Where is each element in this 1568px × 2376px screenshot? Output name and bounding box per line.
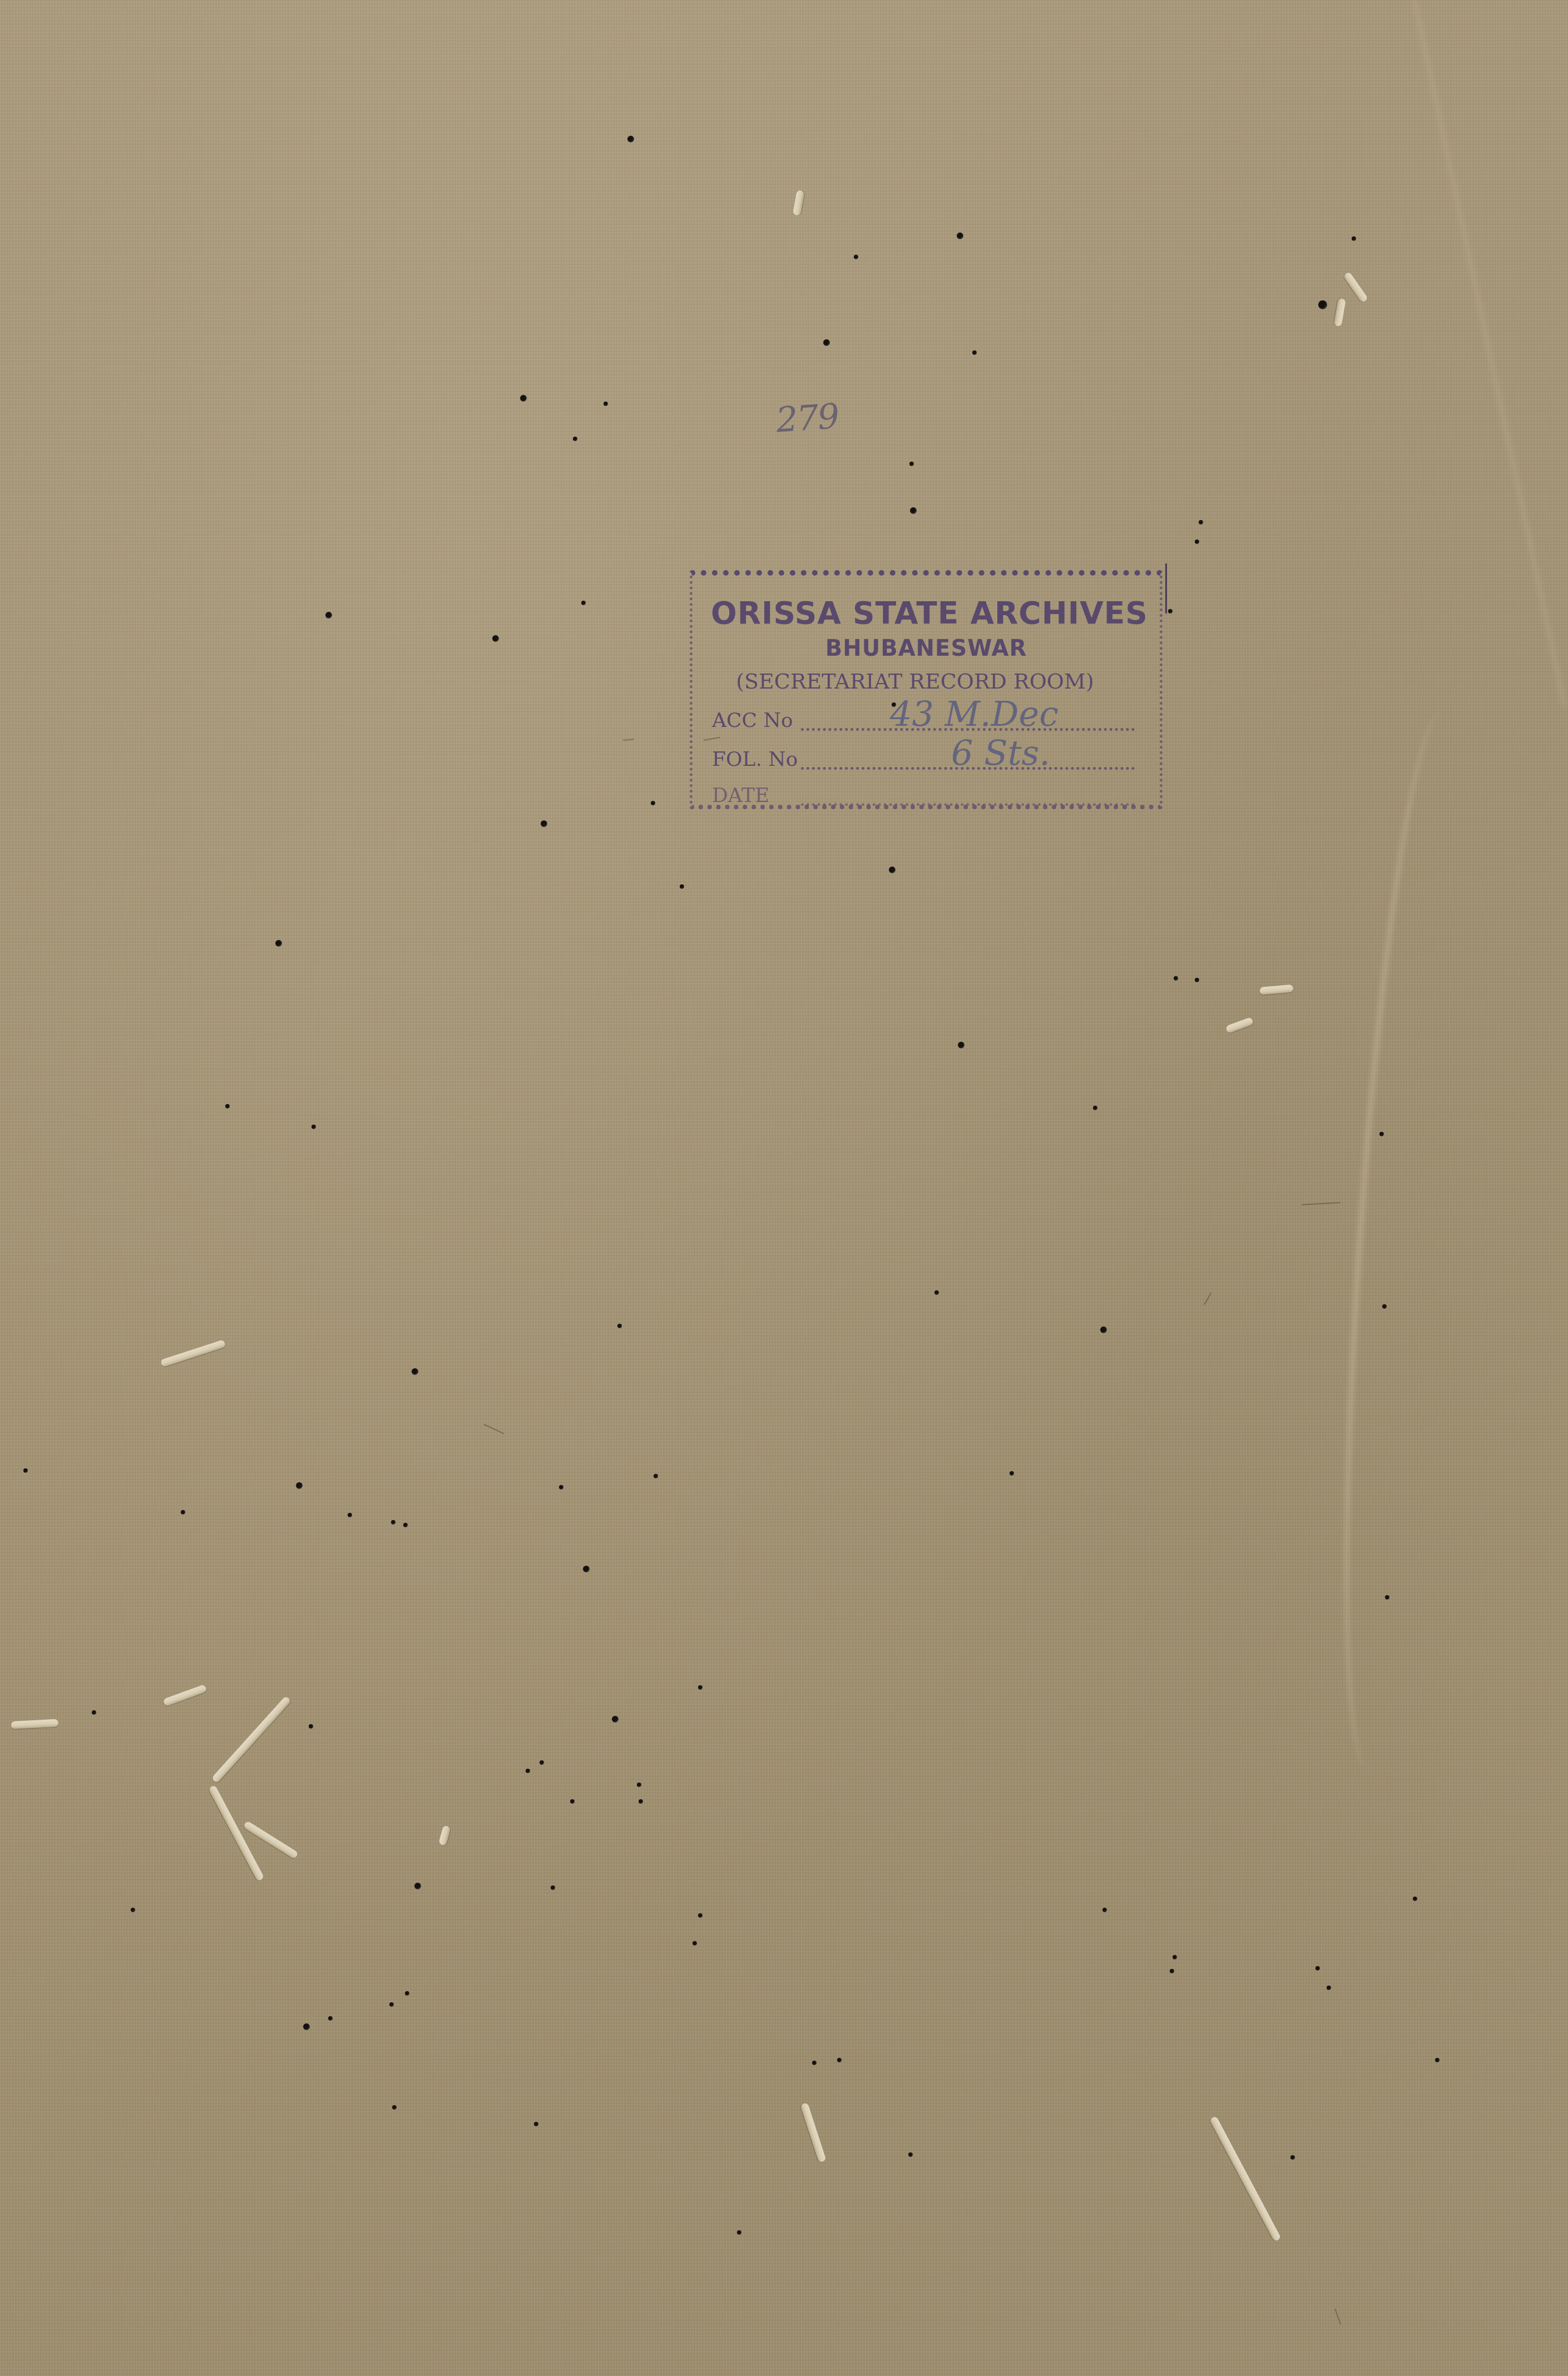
insect-hole xyxy=(698,1913,703,1918)
insect-hole xyxy=(1199,520,1203,524)
insect-hole xyxy=(698,1685,703,1690)
insect-hole xyxy=(737,2230,741,2235)
insect-hole xyxy=(651,801,655,805)
field-dotted-line xyxy=(801,803,1135,806)
insect-hole xyxy=(391,1520,395,1524)
insect-hole xyxy=(275,940,282,947)
insect-hole xyxy=(627,136,634,142)
stamp-field-acc: ACC No 43 M.Dec xyxy=(712,709,807,732)
paper-fiber xyxy=(623,739,634,741)
stamp-department: (SECRETARIAT RECORD ROOM) xyxy=(690,669,1140,694)
insect-hole xyxy=(1327,1986,1331,1990)
paper-crease xyxy=(1320,710,1488,1770)
archive-stamp: ORISSA STATE ARCHIVES BHUBANESWAR (SECRE… xyxy=(690,570,1163,809)
field-value-handwritten: 43 M.Dec xyxy=(890,694,1058,734)
insect-hole xyxy=(389,2002,394,2007)
insect-hole xyxy=(348,1513,352,1517)
insect-hole xyxy=(520,395,527,402)
insect-hole xyxy=(1290,2155,1295,2160)
insect-hole xyxy=(1352,236,1356,241)
insect-hole xyxy=(1168,609,1173,613)
insect-hole xyxy=(573,437,577,441)
insect-hole xyxy=(303,2023,310,2030)
insect-hole xyxy=(934,1290,939,1295)
stamp-edge-mark xyxy=(1165,563,1167,613)
insect-hole xyxy=(581,601,586,605)
insect-hole xyxy=(612,1716,619,1722)
insect-hole xyxy=(604,402,608,406)
worm-trail xyxy=(11,1719,59,1729)
insect-hole xyxy=(181,1510,185,1514)
insect-hole xyxy=(405,1991,409,1996)
field-value-handwritten: 6 Sts. xyxy=(951,732,1050,773)
field-label: FOL. No xyxy=(712,748,807,771)
paper-fiber xyxy=(484,1424,504,1434)
insect-hole xyxy=(1170,1969,1174,1973)
worm-trail xyxy=(1259,984,1293,995)
insect-hole xyxy=(1195,539,1199,544)
insect-hole xyxy=(958,1042,964,1048)
insect-hole xyxy=(570,1799,575,1804)
insect-hole xyxy=(534,2122,538,2126)
insect-hole xyxy=(551,1885,555,1890)
insect-hole xyxy=(639,1799,643,1804)
paper-crease-upper xyxy=(1413,0,1568,707)
worm-trail xyxy=(163,1684,207,1707)
insect-hole xyxy=(654,1474,658,1478)
insect-hole xyxy=(1315,1966,1320,1971)
insect-hole xyxy=(492,635,499,642)
insect-hole xyxy=(328,2016,333,2021)
insect-hole xyxy=(311,1125,316,1129)
worm-trail xyxy=(438,1825,451,1845)
paper-texture xyxy=(0,0,1568,2376)
insect-hole xyxy=(1379,1132,1384,1136)
insect-hole xyxy=(823,339,830,346)
insect-hole xyxy=(1010,1471,1014,1476)
insect-hole xyxy=(908,2152,913,2157)
insect-hole xyxy=(325,612,332,618)
insect-hole xyxy=(680,884,684,889)
insect-hole xyxy=(414,1883,421,1889)
insect-hole xyxy=(559,1485,563,1489)
insect-hole xyxy=(1093,1106,1097,1110)
insect-hole xyxy=(812,2061,817,2065)
insect-hole xyxy=(957,232,963,239)
insect-hole xyxy=(296,1482,303,1489)
insect-hole xyxy=(1102,1908,1107,1912)
worm-trail xyxy=(793,190,805,216)
insect-hole xyxy=(403,1523,408,1527)
insect-hole xyxy=(1382,1304,1387,1309)
worm-trail xyxy=(211,1696,291,1784)
insect-hole xyxy=(1385,1595,1389,1600)
field-label: DATE xyxy=(712,784,807,807)
stamp-title: ORISSA STATE ARCHIVES xyxy=(711,595,1148,631)
insect-hole xyxy=(540,1760,544,1765)
insect-hole xyxy=(909,462,914,466)
insect-hole xyxy=(693,1941,697,1946)
worm-trail xyxy=(1333,298,1346,327)
insect-hole xyxy=(854,255,858,259)
insect-hole xyxy=(1173,1955,1177,1959)
handwritten-page-number: 279 xyxy=(775,395,840,440)
stamp-field-fol: FOL. No 6 Sts. xyxy=(712,748,807,771)
insect-hole xyxy=(889,867,896,873)
insect-hole xyxy=(23,1468,28,1473)
insect-hole xyxy=(910,507,917,514)
worm-trail xyxy=(1225,1017,1254,1033)
insect-hole xyxy=(309,1724,313,1729)
insect-hole xyxy=(617,1324,622,1328)
paper-fiber xyxy=(1302,1202,1341,1205)
insect-hole xyxy=(541,820,547,827)
stamp-field-date: DATE xyxy=(712,784,807,807)
insect-hole xyxy=(392,2105,397,2110)
document-page: 279 ORISSA STATE ARCHIVES BHUBANESWAR (S… xyxy=(0,0,1568,2376)
insect-hole xyxy=(1413,1897,1417,1901)
field-label: ACC No xyxy=(712,709,807,732)
paper-fiber xyxy=(1204,1293,1211,1305)
insect-hole xyxy=(1318,300,1327,309)
insect-hole xyxy=(583,1566,590,1572)
stamp-city: BHUBANESWAR xyxy=(690,636,1163,661)
paper-fiber xyxy=(1334,2309,1341,2325)
insect-hole xyxy=(892,702,896,707)
insect-hole xyxy=(637,1783,641,1787)
insect-hole xyxy=(92,1710,96,1715)
insect-hole xyxy=(1435,2058,1440,2062)
insect-hole xyxy=(1195,978,1199,982)
insect-hole xyxy=(837,2058,842,2062)
worm-trail xyxy=(1209,2116,1282,2242)
insect-hole xyxy=(225,1104,230,1108)
insect-hole xyxy=(526,1769,530,1773)
worm-trail xyxy=(160,1339,226,1367)
insect-hole xyxy=(1174,976,1178,981)
insect-hole xyxy=(1100,1326,1107,1333)
insect-hole xyxy=(412,1368,418,1375)
insect-hole xyxy=(972,350,977,355)
worm-trail xyxy=(1343,271,1368,303)
insect-hole xyxy=(131,1908,135,1912)
worm-trail xyxy=(800,2102,826,2163)
